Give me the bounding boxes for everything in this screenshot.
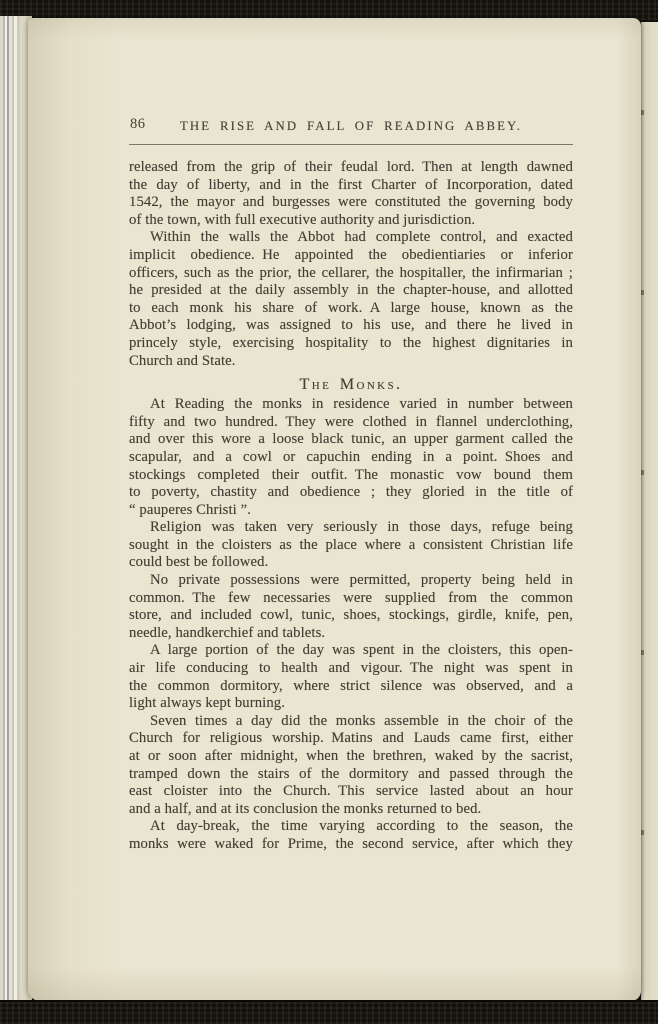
paragraph: released from the grip of their feudal l…: [129, 159, 573, 229]
paragraph: No private possessions were permitted, p…: [129, 572, 573, 642]
paragraph: Seven times a day did the monks assemble…: [129, 713, 573, 819]
book-page: 86 THE RISE AND FALL OF READING ABBEY. r…: [28, 18, 641, 1001]
paragraph-line: could best be followed.: [129, 554, 573, 572]
paragraph-line: Church and State.: [129, 353, 573, 371]
paragraph-line: Within the walls the Abbot had complete …: [129, 229, 573, 247]
paragraph: Within the walls the Abbot had complete …: [129, 229, 573, 370]
paragraph-line: of the town, with full executive authori…: [129, 212, 573, 230]
paragraph-line: stockings completed their outfit. The mo…: [129, 467, 573, 485]
paragraph-line: Religion was taken very seriously in tho…: [129, 519, 573, 537]
page-number: 86: [130, 116, 146, 133]
book-scan: 86 THE RISE AND FALL OF READING ABBEY. r…: [0, 0, 658, 1024]
paragraph-line: to poverty, chastity and obedience ; the…: [129, 484, 573, 502]
header-rule: [129, 144, 573, 145]
paragraph-line: common. The few necessaries were supplie…: [129, 590, 573, 608]
gutter-crease: [641, 22, 644, 1000]
paragraph-line: Abbot’s lodging, was assigned to his use…: [129, 317, 573, 335]
binding-bottom-band: [0, 1000, 658, 1024]
paragraph-line: “ pauperes Christi ”.: [129, 502, 573, 520]
paragraph-line: needle, handkerchief and tablets.: [129, 625, 573, 643]
right-page-edge: [641, 22, 658, 1000]
paragraph-line: air life conducing to health and vigour.…: [129, 660, 573, 678]
paragraph-line: to each monk his share of work. A large …: [129, 300, 573, 318]
paragraph-line: 1542, the mayor and burgesses were const…: [129, 194, 573, 212]
page-header: 86 THE RISE AND FALL OF READING ABBEY.: [129, 115, 573, 135]
section-heading: The Monks.: [129, 375, 573, 393]
paragraph-line: No private possessions were permitted, p…: [129, 572, 573, 590]
paragraph-line: sought in the cloisters as the place whe…: [129, 537, 573, 555]
paragraph-line: A large portion of the day was spent in …: [129, 642, 573, 660]
paragraph: A large portion of the day was spent in …: [129, 642, 573, 712]
paragraph-line: princely style, exercising hospitality t…: [129, 335, 573, 353]
paragraph-line: Church for religious worship. Matins and…: [129, 730, 573, 748]
paragraph: At Reading the monks in residence varied…: [129, 396, 573, 519]
paragraph-line: scapular, and a cowl or capuchin ending …: [129, 449, 573, 467]
paragraph-line: At day-break, the time varying according…: [129, 818, 573, 836]
paragraph-line: officers, such as the prior, the cellare…: [129, 265, 573, 283]
paragraph-line: the common dormitory, where strict silen…: [129, 678, 573, 696]
paragraph-line: implicit obedience. He appointed the obe…: [129, 247, 573, 265]
running-title: THE RISE AND FALL OF READING ABBEY.: [129, 115, 573, 134]
paragraph-line: light always kept burning.: [129, 695, 573, 713]
paragraph-line: Seven times a day did the monks assemble…: [129, 713, 573, 731]
page-content: released from the grip of their feudal l…: [129, 159, 573, 854]
page-body: 86 THE RISE AND FALL OF READING ABBEY. r…: [129, 18, 573, 854]
paragraph-line: fifty and two hundred. They were clothed…: [129, 414, 573, 432]
paragraph: At day-break, the time varying according…: [129, 818, 573, 853]
paragraph: Religion was taken very seriously in tho…: [129, 519, 573, 572]
paragraph-line: tramped down the stairs of the dormitory…: [129, 766, 573, 784]
paragraph-line: and over this wore a loose black tunic, …: [129, 431, 573, 449]
paragraph-line: At Reading the monks in residence varied…: [129, 396, 573, 414]
paragraph-line: store, and included cowl, tunic, shoes, …: [129, 607, 573, 625]
paragraph-line: and a half, and at its conclusion the mo…: [129, 801, 573, 819]
paragraph-line: he presided at the daily assembly in the…: [129, 282, 573, 300]
paragraph-line: the day of liberty, and in the first Cha…: [129, 177, 573, 195]
paragraph-line: east cloister into the Church. This serv…: [129, 783, 573, 801]
paragraph-line: released from the grip of their feudal l…: [129, 159, 573, 177]
paragraph-line: monks were waked for Prime, the second s…: [129, 836, 573, 854]
binding-top-band: [0, 0, 658, 20]
paragraph-line: at or soon after midnight, when the bret…: [129, 748, 573, 766]
